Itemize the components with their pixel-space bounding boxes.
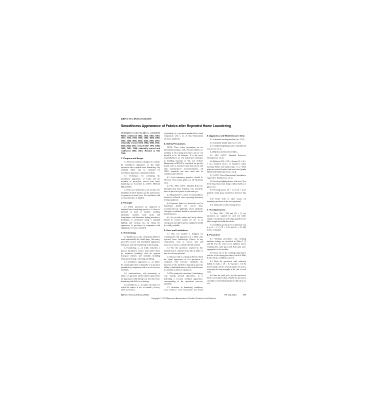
copyright-line: Copyright © 2011 American Association of… — [121, 298, 246, 300]
method-number-header: AATCC Test Method 124-2010 — [121, 118, 246, 121]
paragraph: NOTE: These safety precautions are for i… — [164, 146, 203, 175]
footer-manual-label: AATCC Technical Manual/2011 — [121, 294, 149, 296]
paragraph: 3.1 durable press, adj.—having the abili… — [121, 236, 160, 247]
paragraph: 4.4 Exposure limits for chemicals used i… — [164, 202, 203, 215]
section-heading: 8. Procedure — [207, 234, 246, 237]
paragraph: of planarity of a specimen quantified by… — [164, 132, 203, 140]
paragraph: 6.5 1993 AATCC Standard Reference Deterg… — [207, 154, 246, 159]
paragraph: 3.3 smoothness appearance, n.—in fabric,… — [121, 261, 160, 272]
page-content: AATCC Test Method 124-2010 Smoothness Ap… — [121, 118, 246, 300]
paragraph: 5.5 Variations in laundering conditions,… — [164, 286, 203, 290]
paragraph: 4.2 The 1993 AATCC Standard Reference De… — [164, 185, 203, 193]
paragraph: 6.9 Viewing board, 1.8 × 1.2 m (6 × 4 ft… — [207, 189, 246, 197]
paragraph: 3.4 wash-and-wear, adj.—pertaining to fa… — [121, 272, 160, 283]
paragraph: 4.3 Manufacturer's safety recommendation… — [164, 194, 203, 202]
paragraph: 7.2 Condition specimens for a minimum of… — [207, 224, 246, 232]
column-2: of planarity of a specimen quantified by… — [164, 132, 203, 290]
section-heading: 1. Purpose and Scope — [121, 157, 160, 160]
paragraph: 5.4 The rating scale runs from 5, indica… — [164, 272, 203, 285]
paragraph: 3.2 laundering, n.—of textile materials,… — [121, 247, 160, 260]
column-1: Developed in 1961 by AATCC Committee RA6… — [121, 132, 160, 290]
footer-method-label: TM 124-2010 — [224, 294, 236, 296]
document-viewer: AATCC Test Method 124-2010 Smoothness Ap… — [0, 0, 368, 420]
paragraph: 1.3 This test method does not measure th… — [121, 189, 160, 200]
section-heading: 5. Uses and Limitations — [164, 229, 203, 232]
paragraph: 8.4 After the final cycle, dry the speci… — [207, 274, 246, 285]
paragraph: 6.11 Stopwatch or other timing device. — [207, 204, 246, 207]
paragraph: 6.6 Ballast of 920 × 920 ± 30 mm (36 × 3… — [207, 160, 246, 173]
paragraph: 8.3 Wash the specimens with sufficient b… — [207, 260, 246, 273]
section-heading: 4. Safety Precautions — [164, 143, 203, 146]
paragraph: 5.3 Because this is a rating method in w… — [164, 256, 203, 272]
paragraph: 7.1 Three 380 × 380 mm (15 × 15 in.) spe… — [207, 212, 246, 223]
paragraph: 6.10 Scrim cloth or other means for moun… — [207, 198, 246, 203]
paragraph: 1.2 Techniques for evaluating the smooth… — [121, 175, 160, 188]
paragraph: 6.2 Automatic tumble dryer (see 13.2). — [207, 142, 246, 145]
paragraph: 5.2 The flat specimens required by this … — [164, 247, 203, 255]
footer-right-group: TM 124-2010 199 — [224, 294, 246, 296]
section-heading: 3. Terminology — [121, 232, 160, 235]
paragraph: 6.7 AATCC Three-Dimensional Smoothness A… — [207, 174, 246, 179]
paragraph: 8.2 Select one of the washing temperatur… — [207, 252, 246, 260]
paragraph: 2.1 Fabric specimens are subjected to st… — [121, 206, 160, 230]
text-columns: Developed in 1961 by AATCC Committee RA6… — [121, 132, 246, 290]
paragraph: 6.1 Automatic washing machine (see 13.2)… — [207, 138, 246, 141]
paragraph: 1.1 This test method is designed to eval… — [121, 161, 160, 174]
page-footer: AATCC Technical Manual/2011 TM 124-2010 … — [121, 294, 246, 296]
column-3: 6. Apparatus and Materials (see 13.1)6.1… — [207, 132, 246, 290]
paragraph: 4.5 An eyewash station and safety shower… — [164, 216, 203, 227]
section-heading: 6. Apparatus and Materials (see 13.1) — [207, 135, 246, 138]
paragraph: 3.5 smoothness, n.—in fabric, the degree… — [121, 284, 160, 291]
section-heading: 7. Test Specimens — [207, 209, 246, 212]
paragraph: 6.4 Drip dry and line dry facilities. — [207, 151, 246, 154]
paragraph: 5.1 This test method is designed for eva… — [164, 233, 203, 246]
paragraph: 8.1 Washing procedures and washing machi… — [207, 238, 246, 251]
paragraph: 4.1 Good laboratory practices should be … — [164, 176, 203, 184]
paragraph: 6.3 Conditioning/drying racks with pull-… — [207, 145, 246, 150]
page-title: Smoothness Appearance of Fabrics after R… — [121, 124, 246, 128]
history-paragraph: Developed in 1961 by AATCC Committee RA6… — [121, 132, 160, 155]
footer-page-number: 199 — [243, 294, 246, 296]
paragraph: 6.8 Overhead lighting fixture with two 2… — [207, 180, 246, 188]
section-heading: 2. Principle — [121, 202, 160, 205]
